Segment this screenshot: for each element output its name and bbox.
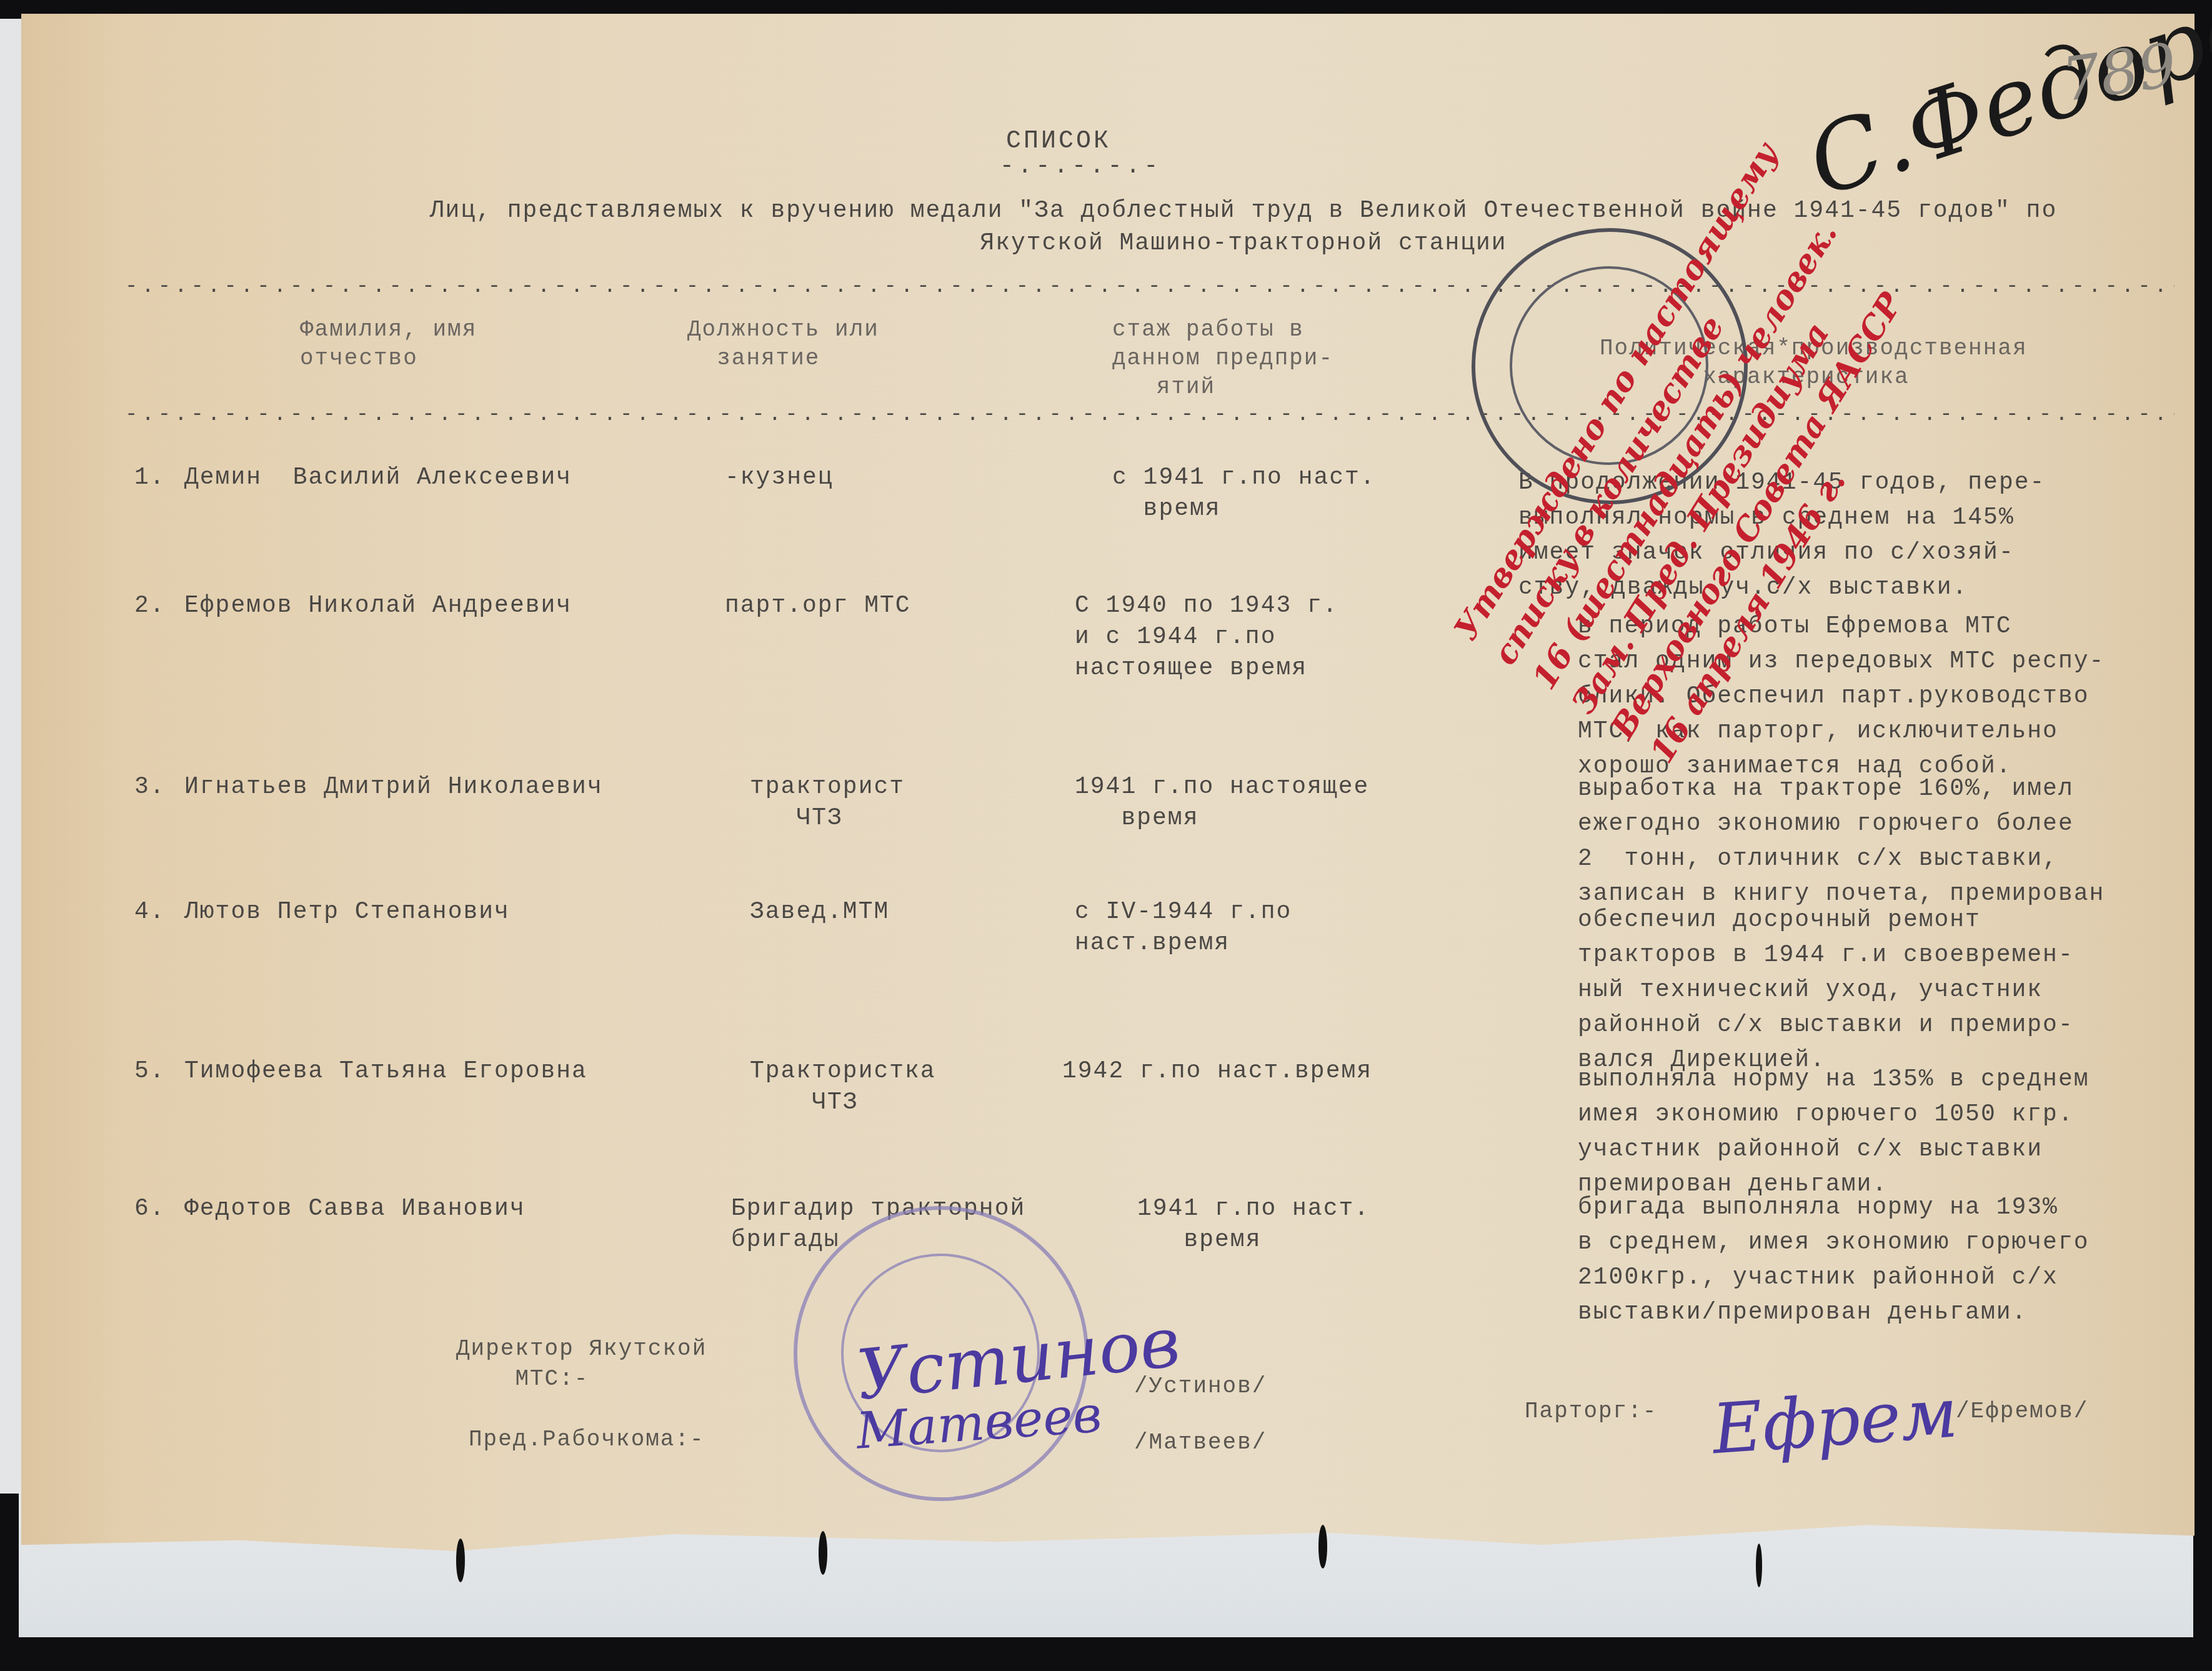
row-position: парт.орг МТС: [725, 591, 911, 622]
partorg-label: Парторг:-: [1525, 1397, 1657, 1427]
binding-hole: [456, 1539, 465, 1582]
binding-hole: [1318, 1525, 1327, 1569]
row-name: Ефремов Николай Андреевич: [184, 591, 572, 622]
column-header-tenure: стаж работы в данном предпри- ятий: [1112, 316, 1333, 402]
scan-left-margin: [0, 19, 21, 1494]
row-number: 1.: [134, 462, 166, 494]
row-name: Игнатьев Дмитрий Николаевич: [184, 772, 603, 803]
row-tenure: 1942 г.по наст.время: [1062, 1056, 1372, 1087]
row-number: 4.: [134, 897, 166, 928]
row-name: Лютов Петр Степанович: [184, 897, 510, 928]
row-characteristic: выполняла норму на 135% в среднем имея э…: [1578, 1062, 2090, 1202]
row-number: 6.: [134, 1194, 166, 1225]
row-characteristic: выработка на тракторе 160%, имел ежегодн…: [1578, 772, 2105, 912]
column-header-name: Фамилия, имя отчество: [300, 316, 477, 373]
binding-hole: [1756, 1544, 1762, 1587]
partorg-printed-name: /Ефремов/: [1956, 1397, 2088, 1427]
row-characteristic: бригада выполняла норму на 193% в средне…: [1578, 1190, 2090, 1330]
row-name: Федотов Савва Иванович: [184, 1194, 526, 1225]
row-name: Тимофеева Татьяна Егоровна: [184, 1056, 587, 1087]
director-label: Директор Якутской МТС:-: [456, 1334, 707, 1394]
row-position: тракторист ЧТЗ: [750, 772, 905, 834]
chairman-label: Пред.Рабочкома:-: [469, 1425, 705, 1455]
row-position: Завед.МТМ: [750, 897, 889, 928]
row-characteristic: обеспечил досрочный ремонт тракторов в 1…: [1578, 903, 2074, 1078]
chairman-printed-name: /Матвеев/: [1134, 1428, 1267, 1458]
row-number: 5.: [134, 1056, 166, 1087]
scan-bottom-edge: [0, 1637, 2212, 1671]
row-tenure: 1941 г.по наст. время: [1137, 1194, 1370, 1256]
row-number: 2.: [134, 591, 166, 622]
partorg-signature: Ефрем: [1710, 1372, 1960, 1469]
row-position: Трактористка ЧТЗ: [750, 1056, 936, 1119]
row-tenure: 1941 г.по настоящее время: [1075, 772, 1369, 834]
row-name: Демин Василий Алексеевич: [184, 462, 572, 494]
row-tenure: С 1940 по 1943 г. и с 1944 г.по настояще…: [1075, 591, 1338, 684]
row-number: 3.: [134, 772, 166, 803]
row-tenure: с IV-1944 г.по наст.время: [1075, 897, 1292, 959]
column-header-position: Должность или занятие: [687, 316, 879, 373]
row-tenure: с 1941 г.по наст. время: [1112, 462, 1376, 525]
title-underline: -.-.-.-.-: [1000, 150, 1162, 184]
row-position: -кузнец: [725, 462, 834, 494]
binding-hole: [819, 1531, 827, 1575]
